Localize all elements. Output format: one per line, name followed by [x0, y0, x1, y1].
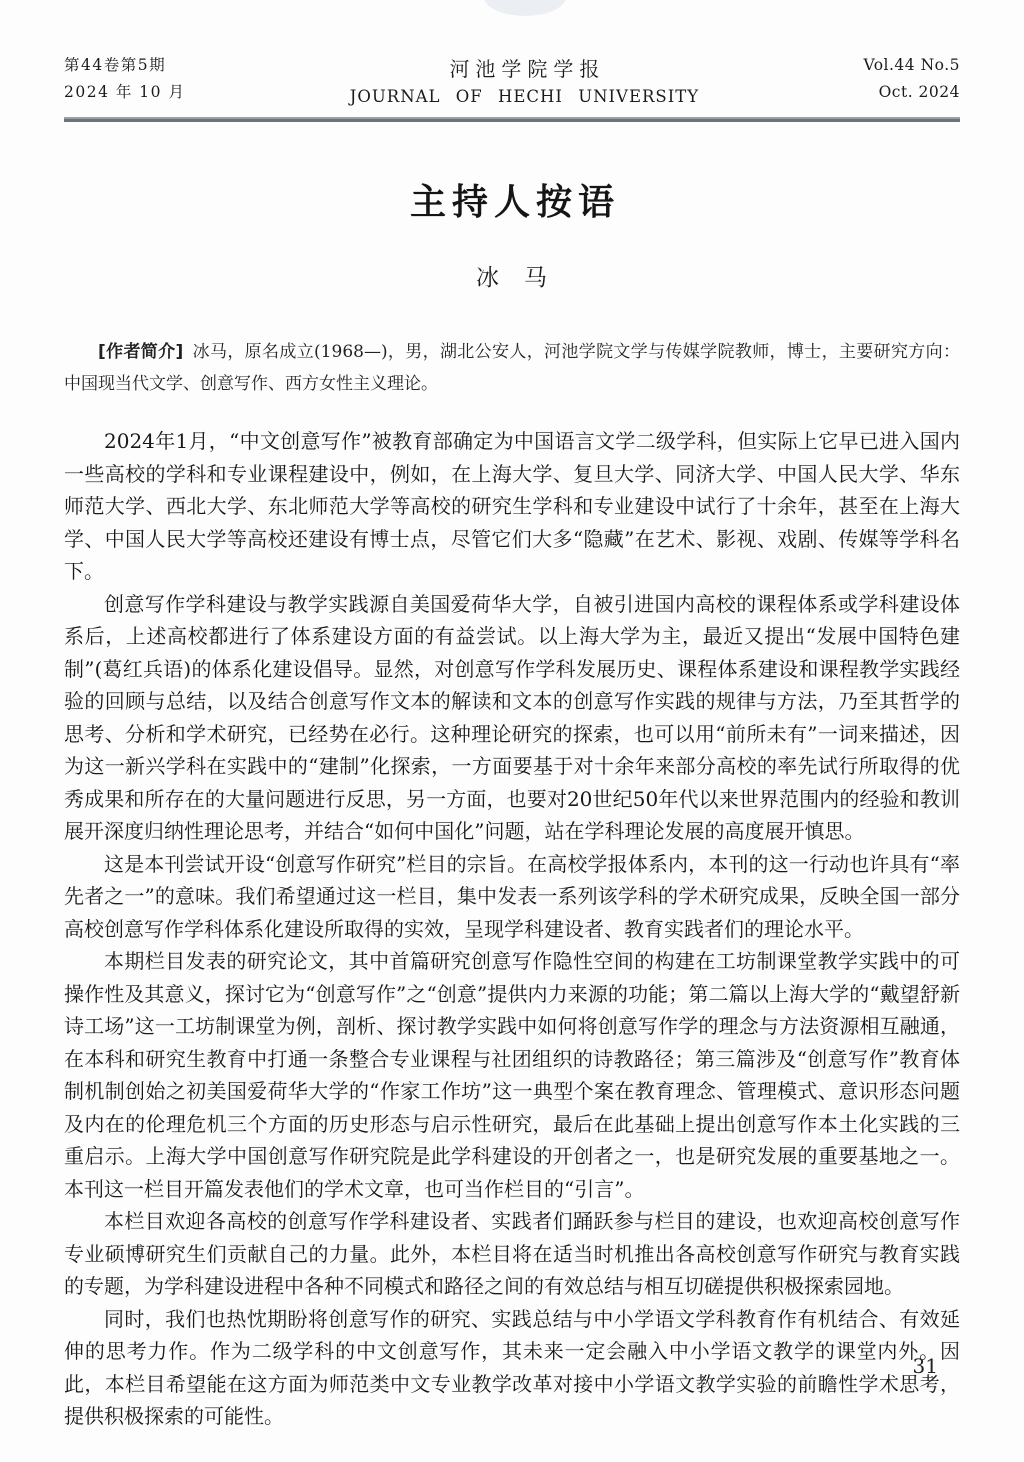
- author-bio-label: [作者简介]: [98, 342, 183, 362]
- volume-issue-en: Vol.44 No.5: [863, 52, 960, 79]
- article-body: 2024年1月，“中文创意写作”被教育部确定为中国语言文学二级学科，但实际上它早…: [64, 425, 960, 1433]
- volume-issue-cn: 第44卷第5期: [64, 52, 185, 79]
- header-left: 第44卷第5期 2024 年 10 月: [64, 52, 185, 106]
- body-paragraph: 本栏目欢迎各高校的创意写作学科建设者、实践者们踊跃参与栏目的建设，也欢迎高校创意…: [64, 1205, 960, 1303]
- issue-date-cn: 2024 年 10 月: [64, 79, 185, 106]
- header-right: Vol.44 No.5 Oct. 2024: [863, 52, 960, 106]
- page-number: 31: [913, 1354, 938, 1378]
- header-center: 河池学院学报 JOURNAL OF HECHI UNIVERSITY: [350, 52, 699, 106]
- journal-page: 第44卷第5期 2024 年 10 月 河池学院学报 JOURNAL OF HE…: [0, 0, 1024, 1462]
- body-paragraph: 同时，我们也热忱期盼将创意写作的研究、实践总结与中小学语文学科教育作有机结合、有…: [64, 1303, 960, 1433]
- journal-header: 第44卷第5期 2024 年 10 月 河池学院学报 JOURNAL OF HE…: [0, 0, 1024, 106]
- author-bio-text: 冰马，原名成立(1968—)，男，湖北公安人，河池学院文学与传媒学院教师，博士，…: [64, 342, 960, 394]
- journal-title-cn: 河池学院学报: [350, 53, 699, 82]
- header-divider: [64, 117, 960, 122]
- author-name: 冰 马: [0, 259, 1024, 292]
- author-bio: [作者简介]冰马，原名成立(1968—)，男，湖北公安人，河池学院文学与传媒学院…: [64, 336, 960, 400]
- issue-date-en: Oct. 2024: [863, 79, 960, 106]
- body-paragraph: 2024年1月，“中文创意写作”被教育部确定为中国语言文学二级学科，但实际上它早…: [64, 425, 960, 588]
- body-paragraph: 本期栏目发表的研究论文，其中首篇研究创意写作隐性空间的构建在工坊制课堂教学实践中…: [64, 945, 960, 1205]
- article-title: 主持人按语: [0, 174, 1024, 225]
- body-paragraph: 创意写作学科建设与教学实践源自美国爱荷华大学，自被引进国内高校的课程体系或学科建…: [64, 588, 960, 848]
- journal-title-en: JOURNAL OF HECHI UNIVERSITY: [350, 87, 699, 106]
- body-paragraph: 这是本刊尝试开设“创意写作研究”栏目的宗旨。在高校学报体系内，本刊的这一行动也许…: [64, 848, 960, 946]
